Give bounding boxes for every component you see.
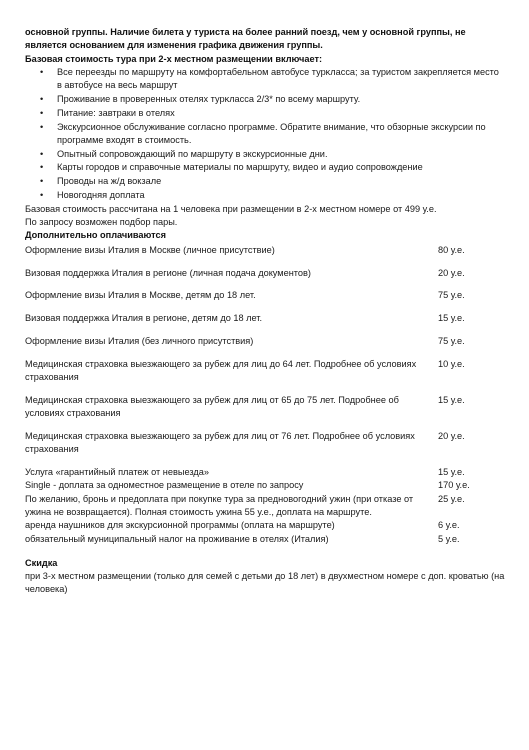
extras-row: аренда наушников для экскурсионной прогр… (25, 519, 505, 532)
includes-item-text: Новогодняя доплата (57, 190, 145, 200)
includes-item-text: Экскурсионное обслуживание согласно прог… (57, 122, 486, 145)
extras-row-price: 80 у.е. (438, 244, 498, 257)
bullet-icon: • (40, 121, 43, 134)
extras-row-price: 6 у.е. (438, 519, 498, 532)
document-page: основной группы. Наличие билета у турист… (25, 26, 505, 597)
extras-row-description: По желанию, бронь и предоплата при покуп… (25, 493, 438, 520)
extras-row-price: 20 у.е. (438, 430, 498, 443)
extras-row-price: 15 у.е. (438, 466, 498, 479)
includes-item-text: Карты городов и справочные материалы по … (57, 162, 423, 172)
extras-row-description: Услуга «гарантийный платеж от невыезда» (25, 466, 438, 479)
extras-row-description: Визовая поддержка Италия в регионе, детя… (25, 312, 438, 325)
includes-item: •Новогодняя доплата (25, 189, 505, 202)
extras-row-price: 15 у.е. (438, 394, 498, 407)
bullet-icon: • (40, 175, 43, 188)
extras-heading: Дополнительно оплачиваются (25, 229, 505, 242)
includes-item: •Питание: завтраки в отелях (25, 107, 505, 120)
extras-row: Оформление визы Италия в Москве, детям д… (25, 289, 505, 302)
includes-item: •Карты городов и справочные материалы по… (25, 161, 505, 174)
extras-row-description: Оформление визы Италия в Москве (личное … (25, 244, 438, 257)
includes-item: •Проживание в проверенных отелях турκлас… (25, 93, 505, 106)
includes-heading: Базовая стоимость тура при 2-х местном р… (25, 53, 505, 66)
extras-row-description: Медицинская страховка выезжающего за руб… (25, 430, 438, 457)
includes-item: •Проводы на ж/д вокзале (25, 175, 505, 188)
includes-item-text: Проводы на ж/д вокзале (57, 176, 161, 186)
includes-item-text: Опытный сопровождающий по маршруту в экс… (57, 149, 328, 159)
extras-row-price: 10 у.е. (438, 358, 498, 371)
extras-row-description: аренда наушников для экскурсионной прогр… (25, 519, 438, 532)
includes-item: •Все переезды по маршруту на комфортабел… (25, 66, 505, 93)
extras-row: Оформление визы Италия (без личного прис… (25, 335, 505, 348)
extras-row: обязательный муниципальный налог на прож… (25, 533, 505, 546)
extras-row-description: Оформление визы Италия (без личного прис… (25, 335, 438, 348)
includes-item-text: Все переезды по маршруту на комфортабель… (57, 67, 499, 90)
group-notice: основной группы. Наличие билета у турист… (25, 26, 505, 53)
extras-row-price: 5 у.е. (438, 533, 498, 546)
discount-heading: Скидка (25, 557, 505, 570)
extras-row: Медицинская страховка выезжающего за руб… (25, 358, 505, 385)
includes-item: •Опытный сопровождающий по маршруту в эк… (25, 148, 505, 161)
bullet-icon: • (40, 161, 43, 174)
extras-row-description: Single - доплата за одноместное размещен… (25, 479, 438, 492)
extras-price-table: Оформление визы Италия в Москве (личное … (25, 244, 505, 546)
extras-row: По желанию, бронь и предоплата при покуп… (25, 493, 505, 520)
pairing-note: По запросу возможен подбор пары. (25, 216, 505, 229)
extras-row-description: Визовая поддержка Италия в регионе (личн… (25, 267, 438, 280)
discount-text: при 3-х местном размещении (только для с… (25, 570, 505, 597)
includes-item-text: Проживание в проверенных отелях турκласс… (57, 94, 360, 104)
extras-row-price: 25 у.е. (438, 493, 498, 506)
includes-item-text: Питание: завтраки в отелях (57, 108, 175, 118)
extras-row-description: Медицинская страховка выезжающего за руб… (25, 394, 438, 421)
includes-list: •Все переезды по маршруту на комфортабел… (25, 66, 505, 202)
extras-row: Визовая поддержка Италия в регионе (личн… (25, 267, 505, 280)
extras-row: Услуга «гарантийный платеж от невыезда»1… (25, 466, 505, 479)
bullet-icon: • (40, 66, 43, 79)
extras-row-description: Оформление визы Италия в Москве, детям д… (25, 289, 438, 302)
extras-row: Оформление визы Италия в Москве (личное … (25, 244, 505, 257)
bullet-icon: • (40, 93, 43, 106)
extras-row-price: 15 у.е. (438, 312, 498, 325)
base-price-note: Базовая стоимость рассчитана на 1 челове… (25, 203, 505, 216)
bullet-icon: • (40, 189, 43, 202)
extras-row-price: 75 у.е. (438, 289, 498, 302)
bullet-icon: • (40, 107, 43, 120)
bullet-icon: • (40, 148, 43, 161)
extras-row-price: 20 у.е. (438, 267, 498, 280)
extras-row: Медицинская страховка выезжающего за руб… (25, 394, 505, 421)
extras-row: Single - доплата за одноместное размещен… (25, 479, 505, 492)
extras-row-price: 170 у.е. (438, 479, 498, 492)
extras-row-description: Медицинская страховка выезжающего за руб… (25, 358, 438, 385)
extras-row-price: 75 у.е. (438, 335, 498, 348)
extras-row: Визовая поддержка Италия в регионе, детя… (25, 312, 505, 325)
extras-row-description: обязательный муниципальный налог на прож… (25, 533, 438, 546)
extras-row: Медицинская страховка выезжающего за руб… (25, 430, 505, 457)
includes-item: •Экскурсионное обслуживание согласно про… (25, 121, 505, 148)
